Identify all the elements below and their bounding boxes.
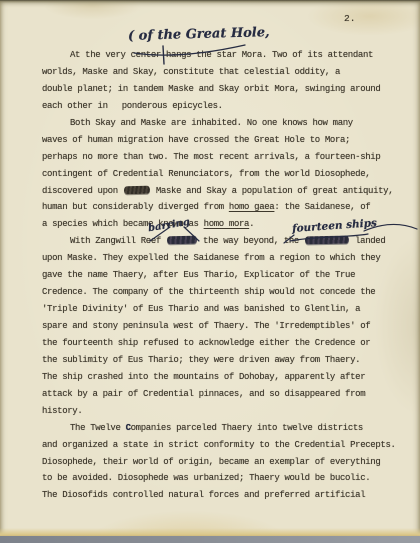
typed-line: attack by a pair of Credential pinnaces,… (42, 386, 404, 403)
background-surface-strip (0, 536, 420, 543)
typed-line: double planet; in tandem Maske and Skay … (42, 81, 404, 98)
text-segment: Credence. The company of the thirteenth … (42, 287, 375, 297)
text-segment: Both Skay and Maske are inhabited. No on… (70, 118, 353, 128)
text-segment: With Zangwill Reef (70, 236, 166, 246)
text-segment: upon Maske. They expelled the Saidanese … (42, 253, 380, 263)
text-segment: : the Saidanese, of (274, 202, 370, 212)
typed-line: the fourteenth ship refused to acknowled… (42, 335, 404, 352)
manuscript-page: 2. At the very center hangs the star Mor… (0, 0, 420, 543)
typed-line: The Twelve Companies parceled Thaery int… (42, 420, 404, 437)
ink-scribble-redaction (124, 185, 150, 194)
text-segment: spare and stony peninsula west of Thaery… (42, 321, 370, 331)
typed-line: upon Maske. They expelled the Saidanese … (42, 250, 404, 267)
text-segment: the way beyond, the (198, 236, 304, 246)
text-segment: the sublimity of Eus Thario; they were d… (42, 355, 360, 365)
text-segment: The ship crashed into the mountains of D… (42, 372, 365, 382)
text-segment: history. (42, 406, 82, 416)
text-segment: the fourteenth ship refused to acknowled… (42, 338, 370, 348)
paper-top-edge (0, 0, 420, 3)
text-segment: attack by a pair of Credential pinnaces,… (42, 389, 365, 399)
typed-line: The Diosofids controlled natural forces … (42, 487, 404, 504)
typed-line: and organized a state in strict conformi… (42, 437, 404, 454)
typed-line: history. (42, 403, 404, 420)
text-segment: homo mora (204, 219, 249, 229)
typed-line: The ship crashed into the mountains of D… (42, 369, 404, 386)
text-segment: discovered upon (42, 186, 123, 196)
text-segment: ponderous epicycles. (122, 101, 223, 111)
handwritten-insertion-great-hole: ( of the Great Hole, (128, 25, 270, 44)
typed-line: contingent of Credential Renunciators, f… (42, 166, 404, 183)
typed-line: human but considerably diverged from hom… (42, 199, 404, 216)
text-segment: worlds, Maske and Skay, constitute that … (42, 67, 340, 77)
typed-line: At the very center hangs the star Mora. … (42, 47, 404, 64)
text-segment: human but considerably diverged from (42, 202, 229, 212)
text-segment: . (249, 219, 254, 229)
text-segment: Diosophede, their world of origin, becam… (42, 457, 380, 467)
typed-line: to be avoided. Diosophede was urbanized;… (42, 470, 404, 487)
typed-line: Credence. The company of the thirteenth … (42, 284, 404, 301)
typed-line: perhaps no more than two. The most recen… (42, 149, 404, 166)
text-segment: each other in (42, 101, 113, 111)
text-segment: landed (350, 236, 385, 246)
text-segment: The Twelve (70, 423, 126, 433)
typed-line: the sublimity of Eus Thario; they were d… (42, 352, 404, 369)
text-segment: At the very center hangs the star Mora. … (70, 50, 373, 60)
page-number: 2. (344, 13, 355, 24)
text-segment: The Diosofids controlled natural forces … (42, 490, 365, 500)
ink-scribble-redaction (305, 236, 349, 245)
text-segment: double planet; in tandem Maske and Skay … (42, 84, 380, 94)
text-segment: waves of human migration have crossed th… (42, 135, 350, 145)
typed-line: worlds, Maske and Skay, constitute that … (42, 64, 404, 81)
text-segment: 'Triple Divinity' of Eus Thario and was … (42, 304, 360, 314)
typed-lines: At the very center hangs the star Mora. … (42, 47, 404, 504)
typed-line: discovered upon Maske and Skay a populat… (42, 183, 404, 200)
text-segment: gave the name Thaery, after Eus Thario, … (42, 270, 355, 280)
text-segment: Maske and Skay a population of great ant… (151, 186, 393, 196)
text-segment: contingent of Credential Renunciators, f… (42, 169, 370, 179)
typed-line: gave the name Thaery, after Eus Thario, … (42, 267, 404, 284)
text-segment: to be avoided. Diosophede was urbanized;… (42, 473, 370, 483)
text-segment: and organized a state in strict conformi… (42, 440, 396, 450)
typed-line: 'Triple Divinity' of Eus Thario and was … (42, 301, 404, 318)
typed-line: With Zangwill Reef the way beyond, the l… (42, 233, 404, 250)
typed-line: spare and stony peninsula west of Thaery… (42, 318, 404, 335)
text-segment: homo gaea (229, 202, 274, 212)
text-segment: ompanies parceled Thaery into twelve dis… (131, 423, 363, 433)
typed-line: each other in ponderous epicycles. (42, 98, 404, 115)
typed-line: Both Skay and Maske are inhabited. No on… (42, 115, 404, 132)
text-segment: perhaps no more than two. The most recen… (42, 152, 380, 162)
typed-line: waves of human migration have crossed th… (42, 132, 404, 149)
ink-scribble-redaction (167, 236, 197, 245)
typed-line: Diosophede, their world of origin, becam… (42, 454, 404, 471)
